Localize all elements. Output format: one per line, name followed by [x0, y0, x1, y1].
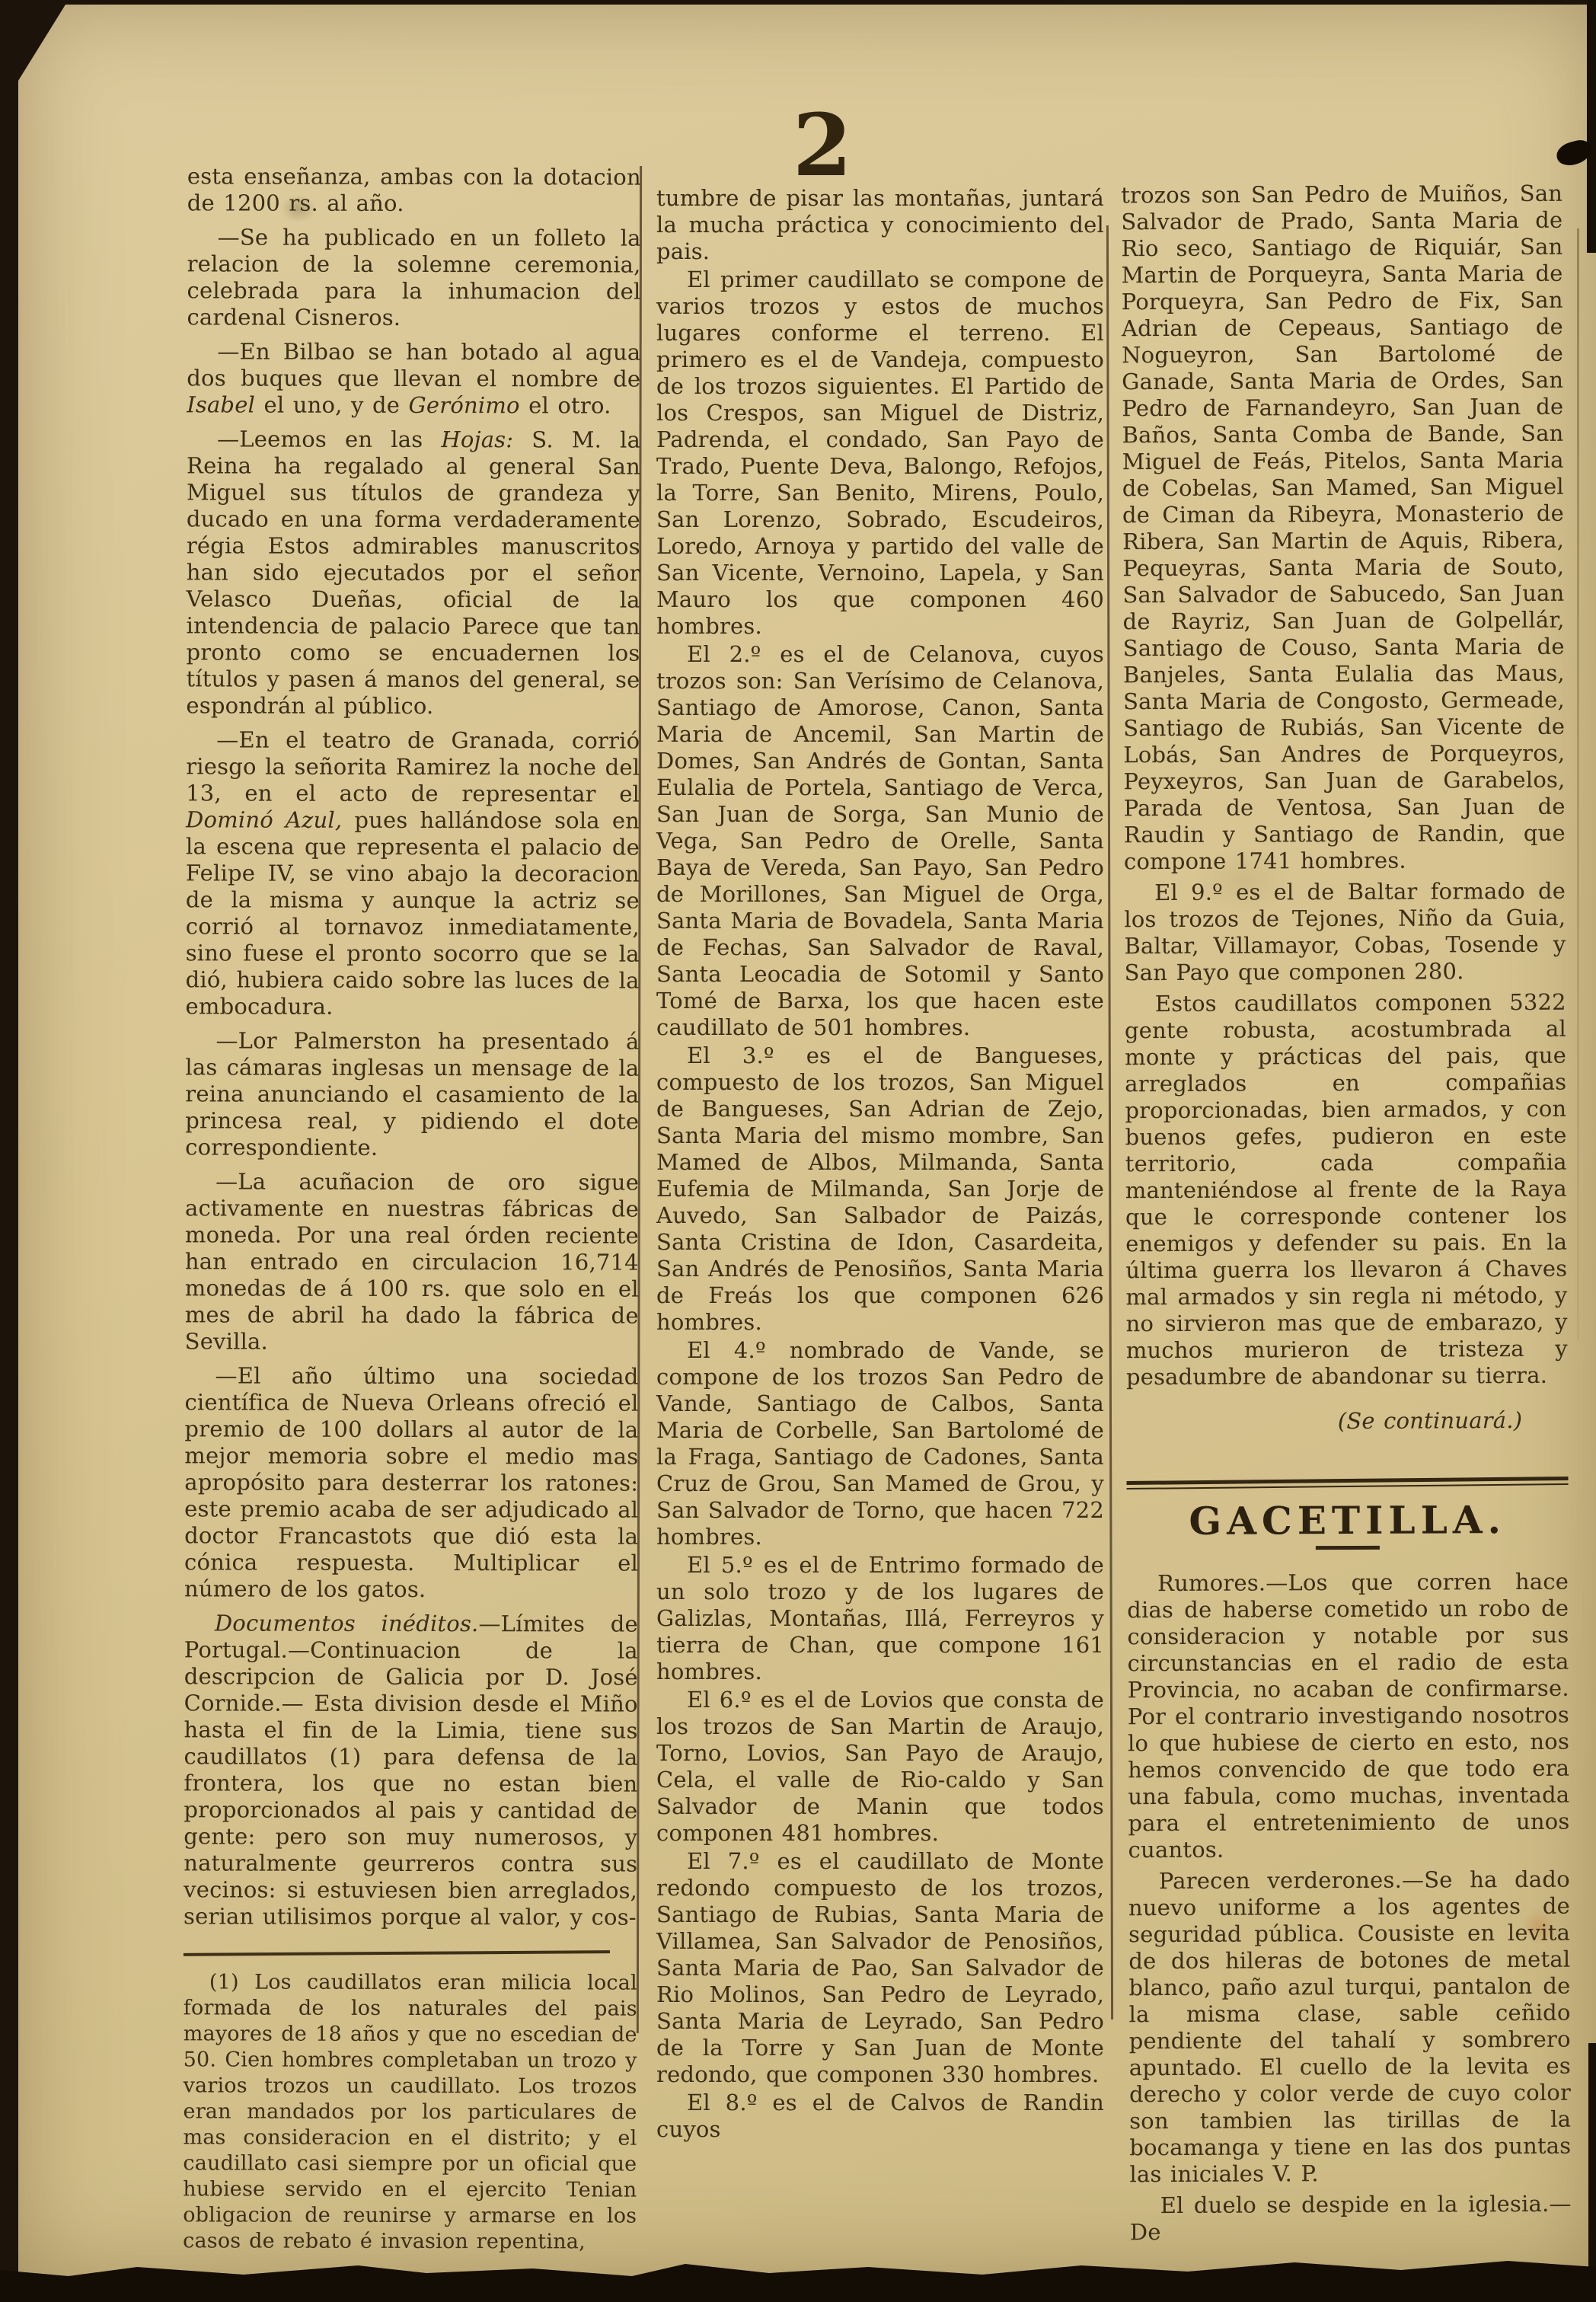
column-middle: tumbre de pisar las montañas, juntará la… [656, 185, 1104, 2144]
paragraph: —Se ha publicado en un folleto la relaci… [187, 224, 640, 331]
page-crease [1577, 228, 1579, 1340]
paragraph: esta enseñanza, ambas con la dotacion de… [187, 163, 641, 217]
paragraph: trozos son San Pedro de Muiños, San Salv… [1121, 180, 1566, 876]
paragraph: —La acuñacion de oro sigue activamente e… [185, 1168, 640, 1355]
paragraph: —Lor Palmerston ha presentado á las cáma… [185, 1027, 639, 1161]
page-edge-shadow [1588, 2043, 1596, 2272]
section-heading-gacetilla: GACETILLA. [1127, 1506, 1569, 1535]
paragraph: Estos caudillatos componen 5322 gente ro… [1125, 989, 1568, 1391]
paragraph: El 6.º es el de Lovios que consta de los… [656, 1687, 1104, 1847]
heading-dash [1316, 1546, 1380, 1550]
paragraph: El 3.º es el de Bangueses, compuesto de … [656, 1042, 1104, 1336]
page-number: 2 [769, 104, 876, 189]
paragraph: El primer caudillato se compone de vario… [656, 267, 1104, 640]
paragraph: —El año último una sociedad científica d… [184, 1362, 639, 1603]
paragraph: Rumores.—Los que corren hace dias de hab… [1127, 1569, 1570, 1864]
paragraph: El 9.º es el de Baltar formado de los tr… [1124, 878, 1566, 987]
paragraph: tumbre de pisar las montañas, juntará la… [656, 185, 1104, 265]
section-rule [1126, 1477, 1568, 1489]
paragraph: —En Bilbao se han botado al agua dos buq… [187, 338, 640, 419]
footnote-rule [184, 1950, 610, 1956]
paragraph: —En el teatro de Granada, corrió riesgo … [186, 726, 640, 1020]
paragraph: El 5.º es el de Entrimo formado de un so… [656, 1552, 1104, 1685]
paragraph: Parecen verderones.—Se ha dado nuevo uni… [1128, 1866, 1572, 2189]
column-right: trozos son San Pedro de Muiños, San Salv… [1121, 180, 1572, 2251]
paragraph: El 4.º nombrado de Vande, se compone de … [656, 1337, 1104, 1550]
paragraph: —Leemos en las Hojas: S. M. la Reina ha … [186, 426, 640, 720]
paragraph: El 8.º es el de Calvos de Randin cuyos [656, 2090, 1104, 2143]
footnote: (1) Los caudillatos eran milicia local f… [183, 1969, 637, 2255]
paragraph: Documentos inéditos.—Límites de Portugal… [184, 1610, 638, 1930]
continuation-note: (Se continuará.) [1126, 1407, 1568, 1436]
scanned-newspaper-screenshot: { "page": { "number": "2", "paper_color"… [0, 0, 1596, 2302]
paragraph: El duelo se despide en la iglesia.—De [1130, 2191, 1572, 2246]
paragraph: El 7.º es el caudillato de Monte redondo… [656, 1848, 1104, 2088]
paragraph: El 2.º es el de Celanova, cuyos trozos s… [656, 641, 1104, 1041]
page-edge-shadow [1587, 0, 1596, 253]
column-left: esta enseñanza, ambas con la dotacion de… [183, 163, 641, 2262]
